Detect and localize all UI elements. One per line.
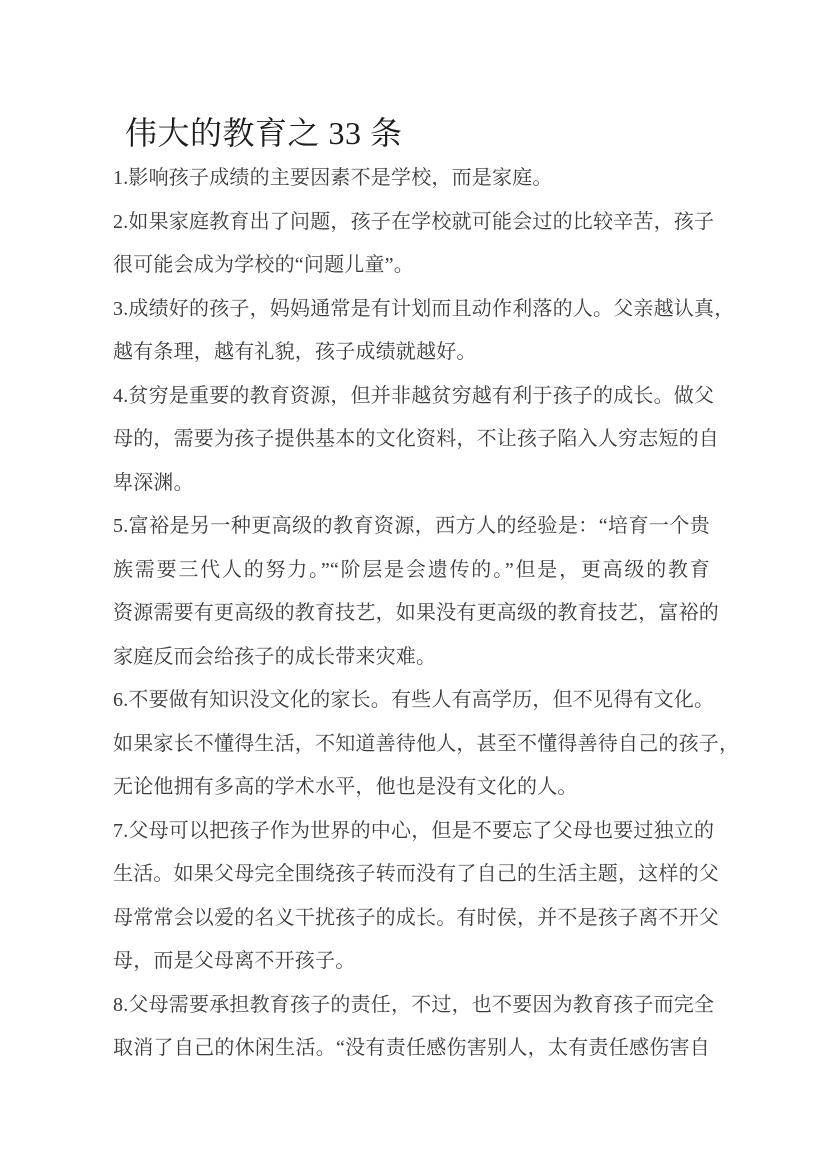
paragraph-8: 8.父母需要承担教育孩子的责任，不过，也不要因为教育孩子而完全取消了自己的休闲生… — [113, 984, 710, 1071]
paragraph-7-line-3: 母常常会以爱的名义干扰孩子的成长。有时侯，并不是孩子离不开父 — [113, 897, 710, 941]
paragraph-1: 1.影响孩子成绩的主要因素不是学校，而是家庭。 — [113, 157, 710, 201]
paragraph-4-line-1: 4.贫穷是重要的教育资源，但并非越贫穷越有利于孩子的成长。做父 — [113, 375, 710, 419]
paragraph-4-line-2: 母的，需要为孩子提供基本的文化资料，不让孩子陷入人穷志短的自 — [113, 418, 710, 462]
paragraph-3: 3.成绩好的孩子，妈妈通常是有计划而且动作利落的人。父亲越认真，越有条理，越有礼… — [113, 288, 710, 375]
paragraph-5-line-4: 家庭反而会给孩子的成长带来灾难。 — [113, 636, 710, 680]
paragraph-5-line-3: 资源需要有更高级的教育技艺，如果没有更高级的教育技艺，富裕的 — [113, 592, 710, 636]
paragraph-5-line-2: 族需要三代人的努力。”“阶层是会遗传的。”但是，更高级的教育 — [113, 549, 710, 593]
document-body: 1.影响孩子成绩的主要因素不是学校，而是家庭。2.如果家庭教育出了问题，孩子在学… — [113, 157, 710, 1071]
paragraph-7: 7.父母可以把孩子作为世界的中心，但是不要忘了父母也要过独立的生活。如果父母完全… — [113, 810, 710, 984]
paragraph-6-line-3: 无论他拥有多高的学术水平，他也是没有文化的人。 — [113, 766, 710, 810]
paragraph-4: 4.贫穷是重要的教育资源，但并非越贫穷越有利于孩子的成长。做父母的，需要为孩子提… — [113, 375, 710, 506]
paragraph-7-line-2: 生活。如果父母完全围绕孩子转而没有了自己的生活主题，这样的父 — [113, 853, 710, 897]
document-title: 伟大的教育之 33 条 — [125, 112, 403, 154]
paragraph-6-line-2: 如果家长不懂得生活，不知道善待他人，甚至不懂得善待自己的孩子， — [113, 723, 710, 767]
paragraph-8-line-1: 8.父母需要承担教育孩子的责任，不过，也不要因为教育孩子而完全 — [113, 984, 710, 1028]
paragraph-8-line-2: 取消了自己的休闲生活。“没有责任感伤害别人，太有责任感伤害自 — [113, 1027, 710, 1071]
paragraph-6-line-1: 6.不要做有知识没文化的家长。有些人有高学历，但不见得有文化。 — [113, 679, 710, 723]
paragraph-3-line-1: 3.成绩好的孩子，妈妈通常是有计划而且动作利落的人。父亲越认真， — [113, 288, 710, 332]
paragraph-2: 2.如果家庭教育出了问题，孩子在学校就可能会过的比较辛苦，孩子很可能会成为学校的… — [113, 201, 710, 288]
document-page: 伟大的教育之 33 条 1.影响孩子成绩的主要因素不是学校，而是家庭。2.如果家… — [0, 0, 827, 1169]
paragraph-5-line-1: 5.富裕是另一种更高级的教育资源，西方人的经验是：“培育一个贵 — [113, 505, 710, 549]
paragraph-4-line-3: 卑深渊。 — [113, 462, 710, 506]
paragraph-7-line-1: 7.父母可以把孩子作为世界的中心，但是不要忘了父母也要过独立的 — [113, 810, 710, 854]
paragraph-2-line-2: 很可能会成为学校的“问题儿童”。 — [113, 244, 710, 288]
paragraph-2-line-1: 2.如果家庭教育出了问题，孩子在学校就可能会过的比较辛苦，孩子 — [113, 201, 710, 245]
paragraph-3-line-2: 越有条理，越有礼貌，孩子成绩就越好。 — [113, 331, 710, 375]
paragraph-7-line-4: 母，而是父母离不开孩子。 — [113, 940, 710, 984]
paragraph-5: 5.富裕是另一种更高级的教育资源，西方人的经验是：“培育一个贵族需要三代人的努力… — [113, 505, 710, 679]
paragraph-1-line-1: 1.影响孩子成绩的主要因素不是学校，而是家庭。 — [113, 157, 710, 201]
paragraph-6: 6.不要做有知识没文化的家长。有些人有高学历，但不见得有文化。如果家长不懂得生活… — [113, 679, 710, 810]
